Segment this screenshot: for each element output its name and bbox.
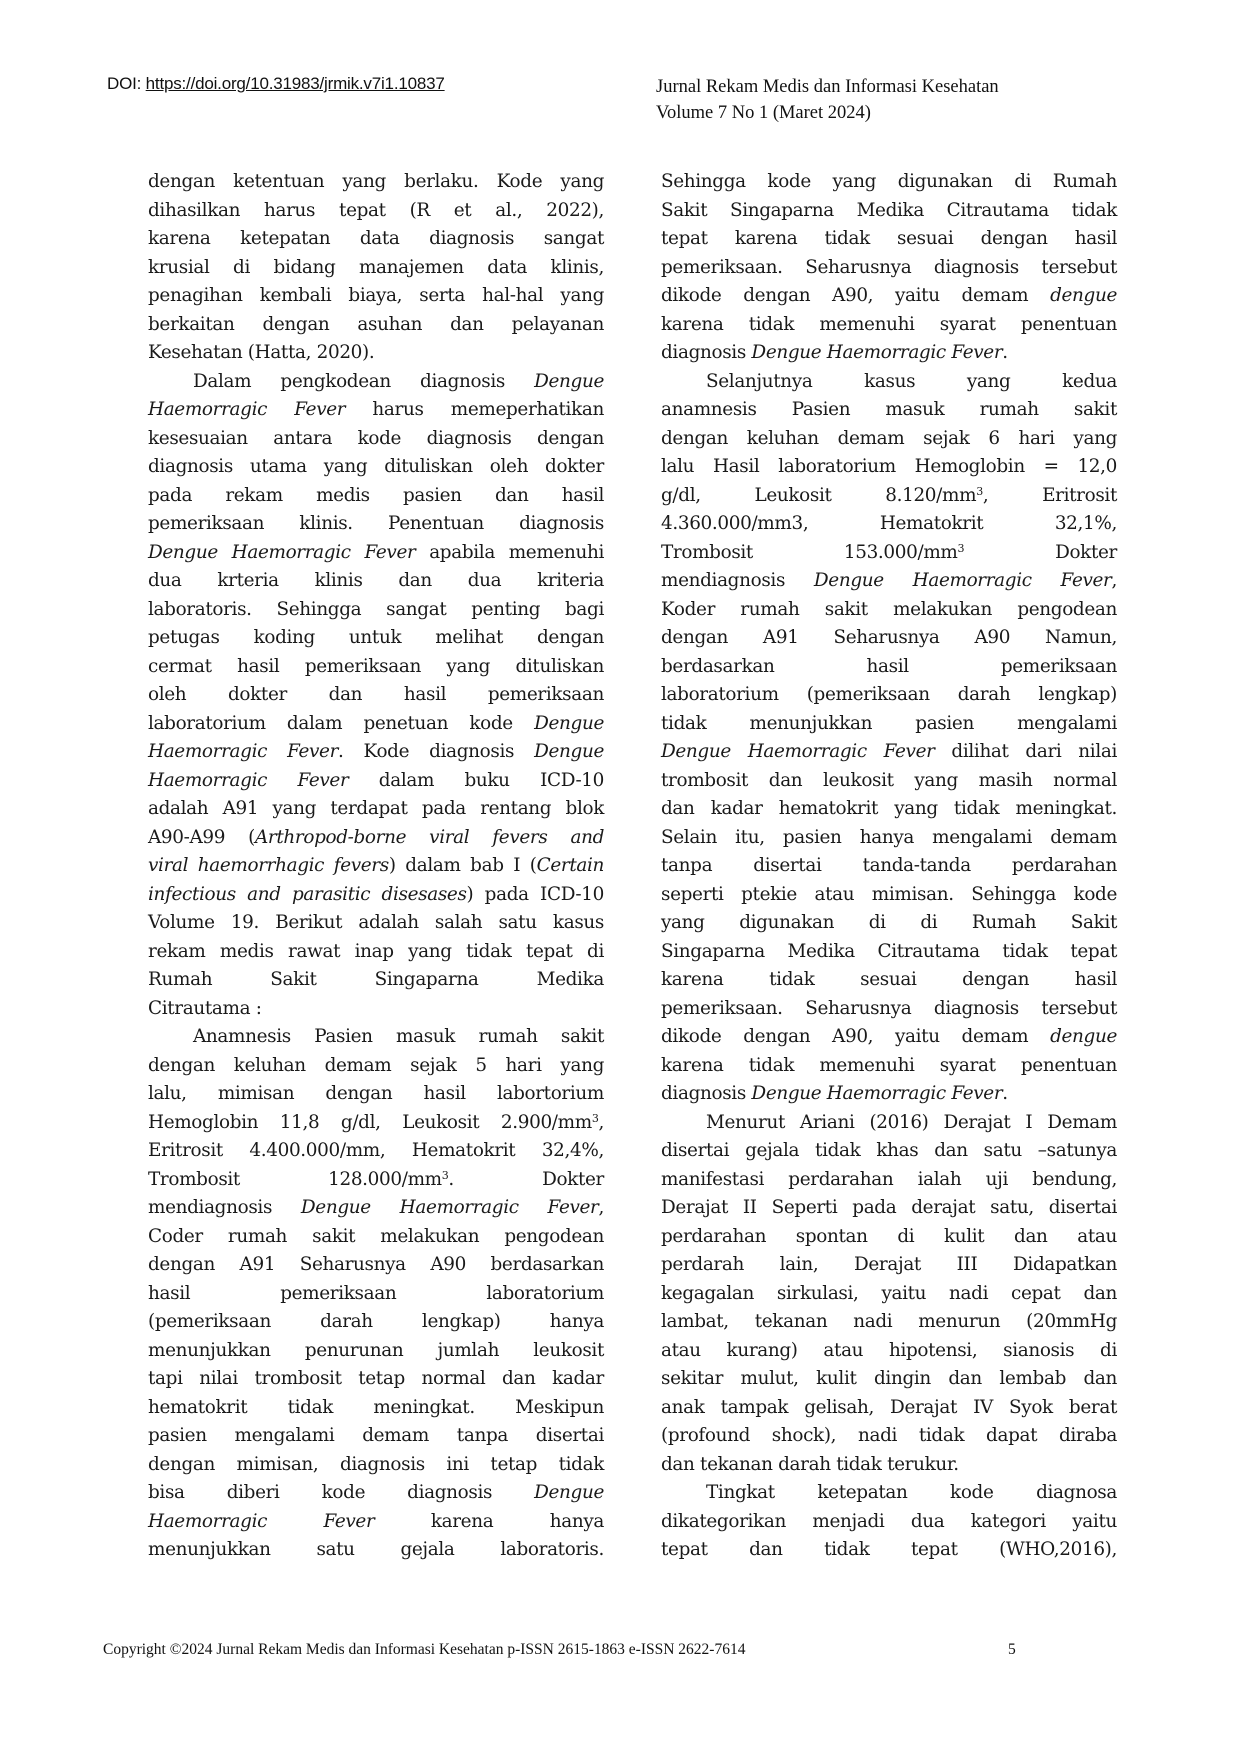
text-line: tepat dan tidak tepat (WHO,2016),	[661, 1536, 1117, 1565]
text-line: (pemeriksaan darah lengkap) hanya	[148, 1308, 604, 1337]
text-line: dengan A91 Seharusnya A90 Namun,	[661, 624, 1117, 653]
text-line: Selain itu, pasien hanya mengalami demam	[661, 824, 1117, 853]
text-line-content: tepat dan tidak tepat (WHO,2016),	[661, 1536, 1117, 1565]
text-line-content: disertai gejala tidak khas dan satu –sat…	[661, 1137, 1117, 1166]
text-line: atau kurang) atau hipotensi, sianosis di	[661, 1337, 1117, 1366]
text-line-content: dengan ketentuan yang berlaku. Kode yang	[148, 168, 604, 197]
text-line: lalu Hasil laboratorium Hemoglobin = 12,…	[661, 453, 1117, 482]
text-line: Menurut Ariani (2016) Derajat I Demam	[661, 1109, 1117, 1138]
text-line: karena tidak memenuhi syarat penentuan	[661, 311, 1117, 340]
text-line: cermat hasil pemeriksaan yang dituliskan	[148, 653, 604, 682]
text-line: rekam medis rawat inap yang tidak tepat …	[148, 938, 604, 967]
journal-name: Jurnal Rekam Medis dan Informasi Kesehat…	[656, 74, 999, 100]
text-line-content: yang digunakan di di Rumah Sakit	[661, 909, 1117, 938]
text-line: Dalam pengkodean diagnosis Dengue	[148, 368, 604, 397]
text-line-content: pada rekam medis pasien dan hasil	[148, 482, 604, 511]
text-line: diagnosis Dengue Haemorragic Fever.	[661, 339, 1117, 368]
text-line: seperti ptekie atau mimisan. Sehingga ko…	[661, 881, 1117, 910]
text-line-content: karena ketepatan data diagnosis sangat	[148, 225, 604, 254]
text-line-content: menunjukkan penurunan jumlah leukosit	[148, 1337, 604, 1366]
text-line-content: hasil pemeriksaan laboratorium	[148, 1280, 604, 1309]
text-line-content: Derajat II Seperti pada derajat satu, di…	[661, 1194, 1117, 1223]
text-line: Hemoglobin 11,8 g/dl, Leukosit 2.900/mm3…	[148, 1109, 604, 1138]
text-line: dan kadar hematokrit yang tidak meningka…	[661, 795, 1117, 824]
text-line: dikategorikan menjadi dua kategori yaitu	[661, 1508, 1117, 1537]
text-line: kesesuaian antara kode diagnosis dengan	[148, 425, 604, 454]
text-line-content: Citrautama :	[148, 995, 604, 1024]
doi-header: DOI: https://doi.org/10.31983/jrmik.v7i1…	[107, 74, 445, 94]
text-line: bisa diberi kode diagnosis Dengue	[148, 1479, 604, 1508]
text-line-content: menunjukkan satu gejala laboratoris.	[148, 1536, 604, 1565]
text-line: penagihan kembali biaya, serta hal-hal y…	[148, 282, 604, 311]
text-line-content: laboratorium (pemeriksaan darah lengkap)	[661, 681, 1117, 710]
text-line-content: laboratoris. Sehingga sangat penting bag…	[148, 596, 604, 625]
text-line-content: infectious and parasitic disesases) pada…	[148, 881, 604, 910]
text-line: dikode dengan A90, yaitu demam dengue	[661, 1023, 1117, 1052]
text-line-content: atau kurang) atau hipotensi, sianosis di	[661, 1337, 1117, 1366]
text-line: berdasarkan hasil pemeriksaan	[661, 653, 1117, 682]
text-line: perdarahan spontan di kulit dan atau	[661, 1223, 1117, 1252]
text-line: Sakit Singaparna Medika Citrautama tidak	[661, 197, 1117, 226]
text-line: viral haemorrhagic fevers) dalam bab I (…	[148, 852, 604, 881]
text-line-content: lambat, tekanan nadi menurun (20mmHg	[661, 1308, 1117, 1337]
text-line: karena tidak memenuhi syarat penentuan	[661, 1052, 1117, 1081]
text-line: Coder rumah sakit melakukan pengodean	[148, 1223, 604, 1252]
text-line: Derajat II Seperti pada derajat satu, di…	[661, 1194, 1117, 1223]
text-line: dua krteria klinis dan dua kriteria	[148, 567, 604, 596]
text-line-content: Haemorragic Fever harus memeperhatikan	[148, 396, 604, 425]
text-line-content: A90-A99 (Arthropod-borne viral fevers an…	[148, 824, 604, 853]
text-line-content: pemeriksaan klinis. Penentuan diagnosis	[148, 510, 604, 539]
text-line: lalu, mimisan dengan hasil labortorium	[148, 1080, 604, 1109]
text-line-content: Sakit Singaparna Medika Citrautama tidak	[661, 197, 1117, 226]
doi-link[interactable]: https://doi.org/10.31983/jrmik.v7i1.1083…	[146, 74, 445, 93]
text-line: karena ketepatan data diagnosis sangat	[148, 225, 604, 254]
text-line-content: Selain itu, pasien hanya mengalami demam	[661, 824, 1117, 853]
text-line-content: dua krteria klinis dan dua kriteria	[148, 567, 604, 596]
text-line-content: lalu Hasil laboratorium Hemoglobin = 12,…	[661, 453, 1117, 482]
left-text-column: dengan ketentuan yang berlaku. Kode yang…	[148, 168, 604, 1565]
text-line-content: karena tidak memenuhi syarat penentuan	[661, 1052, 1117, 1081]
text-line: Volume 19. Berikut adalah salah satu kas…	[148, 909, 604, 938]
page-number: 5	[1008, 1641, 1016, 1659]
text-line: Sehingga kode yang digunakan di Rumah	[661, 168, 1117, 197]
text-line-content: Eritrosit 4.400.000/mm, Hematokrit 32,4%…	[148, 1137, 604, 1166]
text-line-content: anak tampak gelisah, Derajat IV Syok ber…	[661, 1394, 1117, 1423]
text-line-content: Volume 19. Berikut adalah salah satu kas…	[148, 909, 604, 938]
text-line: petugas koding untuk melihat dengan	[148, 624, 604, 653]
text-line: dengan keluhan demam sejak 6 hari yang	[661, 425, 1117, 454]
text-line-content: Trombosit 153.000/mm3 Dokter	[661, 539, 1117, 568]
text-line-content: berkaitan dengan asuhan dan pelayanan	[148, 311, 604, 340]
text-line-content: penagihan kembali biaya, serta hal-hal y…	[148, 282, 604, 311]
text-line-content: diagnosis utama yang dituliskan oleh dok…	[148, 453, 604, 482]
text-line: mendiagnosis Dengue Haemorragic Fever,	[148, 1194, 604, 1223]
text-line: lambat, tekanan nadi menurun (20mmHg	[661, 1308, 1117, 1337]
text-line: dengan ketentuan yang berlaku. Kode yang	[148, 168, 604, 197]
text-line: Dengue Haemorragic Fever apabila memenuh…	[148, 539, 604, 568]
text-line: pemeriksaan. Seharusnya diagnosis terseb…	[661, 995, 1117, 1024]
text-line-content: Sehingga kode yang digunakan di Rumah	[661, 168, 1117, 197]
text-line: (profound shock), nadi tidak dapat dirab…	[661, 1422, 1117, 1451]
text-line-content: dengan keluhan demam sejak 6 hari yang	[661, 425, 1117, 454]
text-line-content: dan tekanan darah tidak terukur.	[661, 1451, 1117, 1480]
text-line: dikode dengan A90, yaitu demam dengue	[661, 282, 1117, 311]
text-line: Haemorragic Fever harus memeperhatikan	[148, 396, 604, 425]
text-line-content: Tingkat ketepatan kode diagnosa	[706, 1479, 1117, 1508]
text-line-content: pemeriksaan. Seharusnya diagnosis terseb…	[661, 995, 1117, 1024]
text-line-content: diagnosis Dengue Haemorragic Fever.	[661, 339, 1117, 368]
text-line: anak tampak gelisah, Derajat IV Syok ber…	[661, 1394, 1117, 1423]
text-line: pemeriksaan. Seharusnya diagnosis terseb…	[661, 254, 1117, 283]
text-line-content: laboratorium dalam penetuan kode Dengue	[148, 710, 604, 739]
text-line: sekitar mulut, kulit dingin dan lembab d…	[661, 1365, 1117, 1394]
text-line: dengan A91 Seharusnya A90 berdasarkan	[148, 1251, 604, 1280]
journal-header: Jurnal Rekam Medis dan Informasi Kesehat…	[656, 74, 999, 126]
text-line-content: Anamnesis Pasien masuk rumah sakit	[193, 1023, 604, 1052]
text-line-content: petugas koding untuk melihat dengan	[148, 624, 604, 653]
text-line-content: pasien mengalami demam tanpa disertai	[148, 1422, 604, 1451]
text-line: diagnosis utama yang dituliskan oleh dok…	[148, 453, 604, 482]
journal-volume-issue: Volume 7 No 1 (Maret 2024)	[656, 100, 999, 126]
text-line: krusial di bidang manajemen data klinis,	[148, 254, 604, 283]
text-line-content: pemeriksaan. Seharusnya diagnosis terseb…	[661, 254, 1117, 283]
text-line-content: Trombosit 128.000/mm3. Dokter	[148, 1166, 604, 1195]
text-line-content: Rumah Sakit Singaparna Medika	[148, 966, 604, 995]
text-line: dengan mimisan, diagnosis ini tetap tida…	[148, 1451, 604, 1480]
text-line: Kesehatan (Hatta, 2020).	[148, 339, 604, 368]
text-line-content: trombosit dan leukosit yang masih normal	[661, 767, 1117, 796]
text-line: perdarah lain, Derajat III Didapatkan	[661, 1251, 1117, 1280]
text-line-content: Haemorragic Fever dalam buku ICD-10	[148, 767, 604, 796]
text-line: adalah A91 yang terdapat pada rentang bl…	[148, 795, 604, 824]
text-line: kegagalan sirkulasi, yaitu nadi cepat da…	[661, 1280, 1117, 1309]
text-line: A90-A99 (Arthropod-borne viral fevers an…	[148, 824, 604, 853]
right-text-column: Sehingga kode yang digunakan di RumahSak…	[661, 168, 1117, 1565]
text-line-content: tapi nilai trombosit tetap normal dan ka…	[148, 1365, 604, 1394]
text-line-content: karena tidak memenuhi syarat penentuan	[661, 311, 1117, 340]
text-line-content: dan kadar hematokrit yang tidak meningka…	[661, 795, 1117, 824]
text-line: Rumah Sakit Singaparna Medika	[148, 966, 604, 995]
text-line: infectious and parasitic disesases) pada…	[148, 881, 604, 910]
text-line-content: manifestasi perdarahan ialah uji bendung…	[661, 1166, 1117, 1195]
text-line-content: Singaparna Medika Citrautama tidak tepat	[661, 938, 1117, 967]
text-line: Haemorragic Fever dalam buku ICD-10	[148, 767, 604, 796]
text-line: tepat karena tidak sesuai dengan hasil	[661, 225, 1117, 254]
text-line-content: krusial di bidang manajemen data klinis,	[148, 254, 604, 283]
text-line-content: mendiagnosis Dengue Haemorragic Fever,	[661, 567, 1117, 596]
text-line: manifestasi perdarahan ialah uji bendung…	[661, 1166, 1117, 1195]
text-line-content: (profound shock), nadi tidak dapat dirab…	[661, 1422, 1117, 1451]
text-line: menunjukkan penurunan jumlah leukosit	[148, 1337, 604, 1366]
text-line: yang digunakan di di Rumah Sakit	[661, 909, 1117, 938]
text-line: hasil pemeriksaan laboratorium	[148, 1280, 604, 1309]
text-line: pasien mengalami demam tanpa disertai	[148, 1422, 604, 1451]
text-line-content: oleh dokter dan hasil pemeriksaan	[148, 681, 604, 710]
text-line-content: hematokrit tidak meningkat. Meskipun	[148, 1394, 604, 1423]
text-line-content: berdasarkan hasil pemeriksaan	[661, 653, 1117, 682]
text-line: Haemorragic Fever. Kode diagnosis Dengue	[148, 738, 604, 767]
text-line-content: kesesuaian antara kode diagnosis dengan	[148, 425, 604, 454]
copyright-notice: Copyright ©2024 Jurnal Rekam Medis dan I…	[103, 1641, 745, 1658]
text-line-content: anamnesis Pasien masuk rumah sakit	[661, 396, 1117, 425]
text-line: oleh dokter dan hasil pemeriksaan	[148, 681, 604, 710]
text-line-content: Hemoglobin 11,8 g/dl, Leukosit 2.900/mm3…	[148, 1109, 604, 1138]
text-line: Eritrosit 4.400.000/mm, Hematokrit 32,4%…	[148, 1137, 604, 1166]
text-line: tanpa disertai tanda-tanda perdarahan	[661, 852, 1117, 881]
text-line: dan tekanan darah tidak terukur.	[661, 1451, 1117, 1480]
text-line: laboratoris. Sehingga sangat penting bag…	[148, 596, 604, 625]
text-line-content: dikode dengan A90, yaitu demam dengue	[661, 1023, 1117, 1052]
text-line-content: adalah A91 yang terdapat pada rentang bl…	[148, 795, 604, 824]
text-line: diagnosis Dengue Haemorragic Fever.	[661, 1080, 1117, 1109]
text-line: g/dl, Leukosit 8.120/mm3, Eritrosit	[661, 482, 1117, 511]
text-line: dengan keluhan demam sejak 5 hari yang	[148, 1052, 604, 1081]
text-line-content: Dengue Haemorragic Fever apabila memenuh…	[148, 539, 604, 568]
text-line: Citrautama :	[148, 995, 604, 1024]
text-line-content: tepat karena tidak sesuai dengan hasil	[661, 225, 1117, 254]
text-line-content: tanpa disertai tanda-tanda perdarahan	[661, 852, 1117, 881]
text-line-content: 4.360.000/mm3, Hematokrit 32,1%,	[661, 510, 1117, 539]
text-line: trombosit dan leukosit yang masih normal	[661, 767, 1117, 796]
text-line-content: perdarah lain, Derajat III Didapatkan	[661, 1251, 1117, 1280]
text-line-content: dengan A91 Seharusnya A90 Namun,	[661, 624, 1117, 653]
text-line: mendiagnosis Dengue Haemorragic Fever,	[661, 567, 1117, 596]
text-line-content: dikode dengan A90, yaitu demam dengue	[661, 282, 1117, 311]
text-line-content: Haemorragic Fever karena hanya	[148, 1508, 604, 1537]
text-line: 4.360.000/mm3, Hematokrit 32,1%,	[661, 510, 1117, 539]
text-line: Singaparna Medika Citrautama tidak tepat	[661, 938, 1117, 967]
text-line: Tingkat ketepatan kode diagnosa	[661, 1479, 1117, 1508]
text-line-content: Dalam pengkodean diagnosis Dengue	[193, 368, 604, 397]
text-line-content: Haemorragic Fever. Kode diagnosis Dengue	[148, 738, 604, 767]
text-line-content: tidak menunjukkan pasien mengalami	[661, 710, 1117, 739]
text-line-content: mendiagnosis Dengue Haemorragic Fever,	[148, 1194, 604, 1223]
text-line: berkaitan dengan asuhan dan pelayanan	[148, 311, 604, 340]
text-line-content: Menurut Ariani (2016) Derajat I Demam	[706, 1109, 1117, 1138]
doi-label: DOI:	[107, 74, 146, 93]
text-line-content: cermat hasil pemeriksaan yang dituliskan	[148, 653, 604, 682]
text-line-content: perdarahan spontan di kulit dan atau	[661, 1223, 1117, 1252]
text-line-content: sekitar mulut, kulit dingin dan lembab d…	[661, 1365, 1117, 1394]
text-line: Koder rumah sakit melakukan pengodean	[661, 596, 1117, 625]
text-line: dihasilkan harus tepat (R et al., 2022),	[148, 197, 604, 226]
text-line-content: bisa diberi kode diagnosis Dengue	[148, 1479, 604, 1508]
text-line: Haemorragic Fever karena hanya	[148, 1508, 604, 1537]
text-line: anamnesis Pasien masuk rumah sakit	[661, 396, 1117, 425]
page-footer: Copyright ©2024 Jurnal Rekam Medis dan I…	[103, 1641, 1023, 1659]
text-line-content: dihasilkan harus tepat (R et al., 2022),	[148, 197, 604, 226]
text-line-content: diagnosis Dengue Haemorragic Fever.	[661, 1080, 1117, 1109]
text-line: laboratorium (pemeriksaan darah lengkap)	[661, 681, 1117, 710]
text-line: tapi nilai trombosit tetap normal dan ka…	[148, 1365, 604, 1394]
text-line-content: lalu, mimisan dengan hasil labortorium	[148, 1080, 604, 1109]
text-line-content: Coder rumah sakit melakukan pengodean	[148, 1223, 604, 1252]
text-line-content: kegagalan sirkulasi, yaitu nadi cepat da…	[661, 1280, 1117, 1309]
text-line: karena tidak sesuai dengan hasil	[661, 966, 1117, 995]
text-line-content: (pemeriksaan darah lengkap) hanya	[148, 1308, 604, 1337]
text-line: Dengue Haemorragic Fever dilihat dari ni…	[661, 738, 1117, 767]
text-line: disertai gejala tidak khas dan satu –sat…	[661, 1137, 1117, 1166]
text-line-content: dengan mimisan, diagnosis ini tetap tida…	[148, 1451, 604, 1480]
text-line-content: dikategorikan menjadi dua kategori yaitu	[661, 1508, 1117, 1537]
text-line-content: Koder rumah sakit melakukan pengodean	[661, 596, 1117, 625]
text-line: Trombosit 153.000/mm3 Dokter	[661, 539, 1117, 568]
text-line: Selanjutnya kasus yang kedua	[661, 368, 1117, 397]
text-line: Anamnesis Pasien masuk rumah sakit	[148, 1023, 604, 1052]
text-line: pada rekam medis pasien dan hasil	[148, 482, 604, 511]
text-line-content: Kesehatan (Hatta, 2020).	[148, 339, 604, 368]
text-line: pemeriksaan klinis. Penentuan diagnosis	[148, 510, 604, 539]
text-line: tidak menunjukkan pasien mengalami	[661, 710, 1117, 739]
text-line-content: rekam medis rawat inap yang tidak tepat …	[148, 938, 604, 967]
text-line-content: seperti ptekie atau mimisan. Sehingga ko…	[661, 881, 1117, 910]
text-line-content: Dengue Haemorragic Fever dilihat dari ni…	[661, 738, 1117, 767]
text-line: menunjukkan satu gejala laboratoris.	[148, 1536, 604, 1565]
text-line: hematokrit tidak meningkat. Meskipun	[148, 1394, 604, 1423]
text-line-content: dengan keluhan demam sejak 5 hari yang	[148, 1052, 604, 1081]
text-line-content: karena tidak sesuai dengan hasil	[661, 966, 1117, 995]
text-line-content: dengan A91 Seharusnya A90 berdasarkan	[148, 1251, 604, 1280]
text-line-content: g/dl, Leukosit 8.120/mm3, Eritrosit	[661, 482, 1117, 511]
text-line: laboratorium dalam penetuan kode Dengue	[148, 710, 604, 739]
text-line: Trombosit 128.000/mm3. Dokter	[148, 1166, 604, 1195]
text-line-content: Selanjutnya kasus yang kedua	[706, 368, 1117, 397]
text-line-content: viral haemorrhagic fevers) dalam bab I (…	[148, 852, 604, 881]
